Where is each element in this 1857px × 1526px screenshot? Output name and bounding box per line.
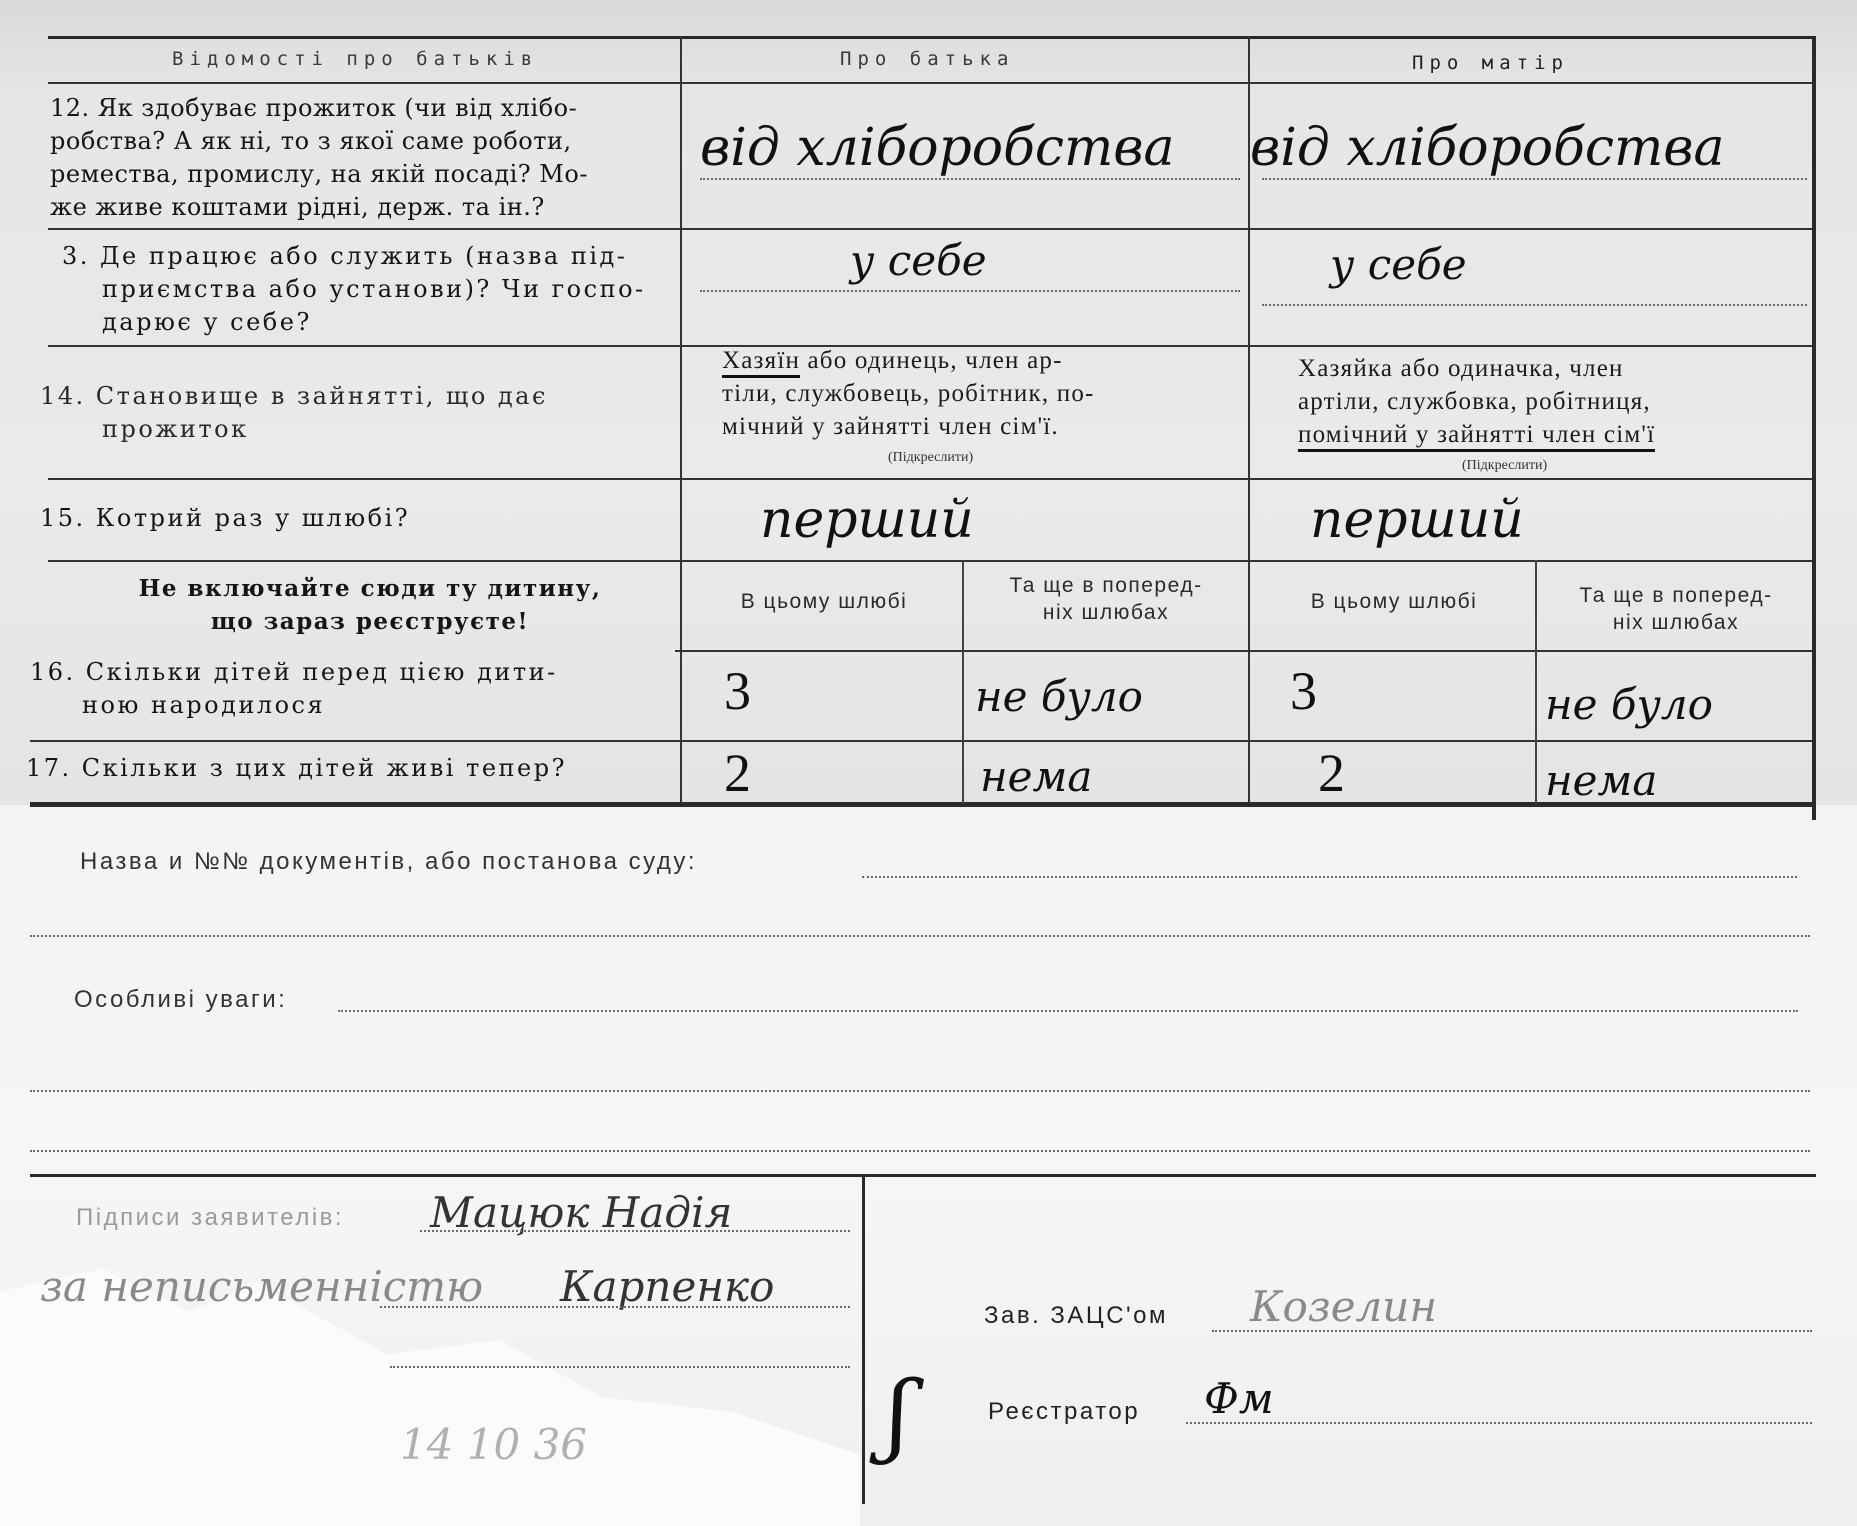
applicant-3-signature-line[interactable] — [390, 1366, 850, 1368]
mother-children-this-marriage[interactable]: 3 — [1290, 660, 1317, 722]
instruction-line-2: що зараз реєструєте! — [80, 605, 660, 638]
father-answer-13[interactable]: у себе — [850, 236, 987, 285]
question-16-line-2: ною народилося — [30, 689, 670, 722]
question-12: 12. Як здобуває прожиток (чи від хлібо- … — [50, 92, 675, 224]
mother-options-line-2: артіли, службовка, робітниця, — [1298, 385, 1778, 418]
father-living-children-previous[interactable]: нема — [980, 752, 1092, 801]
documents-input-line[interactable] — [862, 876, 1797, 878]
question-12-line-4: же живе коштами рідні, держ. та ін.? — [50, 191, 675, 224]
registrar-flourish: ʃ — [886, 1362, 910, 1467]
father-children-previous-marriages[interactable]: не було — [975, 672, 1143, 721]
header-bottom-border — [48, 82, 1816, 84]
father-subheader-previous-marriages: Та ще в поперед- ніх шлюбах — [966, 572, 1246, 626]
father-answer-12-line — [700, 178, 1240, 180]
header-about-father: Про батька — [840, 48, 1014, 70]
faint-date: 14 10 36 — [400, 1420, 587, 1469]
registrar-signature-line[interactable] — [1186, 1422, 1812, 1424]
row-12-bottom-border — [48, 228, 1816, 230]
header-about-mother: Про матір — [1412, 52, 1569, 74]
head-zags-signature-line[interactable] — [1212, 1330, 1812, 1332]
mother-prev-line-2: ніх шлюбах — [1540, 609, 1812, 636]
question-14-line-1: 14. Становище в зайнятті, що дає — [40, 380, 660, 413]
mother-answer-12[interactable]: від хліборобства — [1250, 118, 1725, 178]
father-employment-options[interactable]: Хазяїн або одинець, член ар- тіли, служб… — [722, 344, 1222, 443]
question-15: 15. Котрий раз у шлюбі? — [40, 502, 410, 535]
table-right-border — [1812, 36, 1816, 820]
question-14-line-2: прожиток — [40, 413, 660, 446]
father-options-line-1: або одинець, член ар- — [800, 347, 1063, 374]
father-options-line-3: мічний у зайнятті член сім'ї. — [722, 410, 1222, 443]
mother-answer-13-line — [1262, 304, 1807, 306]
question-13: 3. Де працює або служить (назва під- при… — [62, 240, 677, 339]
table-top-border — [48, 36, 1816, 39]
applicant-2-prefix: за неписьменністю — [40, 1262, 483, 1311]
mother-employment-options[interactable]: Хазяйка або одиначка, член артіли, служб… — [1298, 352, 1778, 451]
remarks-input-line-2[interactable] — [30, 1090, 1810, 1092]
question-14: 14. Становище в зайнятті, що дає прожито… — [40, 380, 660, 446]
instruction-note: Не включайте сюди ту дитину, що зараз ре… — [80, 572, 660, 638]
documents-label: Назва и №№ документів, або постанова суд… — [80, 848, 697, 876]
registrar-signature: Фм — [1204, 1374, 1274, 1423]
question-13-line-3: дарює у себе? — [62, 306, 677, 339]
mother-children-previous-marriages[interactable]: не було — [1545, 680, 1713, 729]
question-17: 17. Скільки з цих дітей живі тепер? — [26, 752, 567, 785]
subheader-bottom-border — [675, 650, 1816, 652]
applicant-1-signature-line[interactable] — [420, 1230, 850, 1232]
father-answer-13-line — [700, 290, 1240, 292]
father-answer-12[interactable]: від хліборобства — [700, 118, 1175, 178]
mother-answer-12-line — [1262, 178, 1807, 180]
registrar-label: Реєстратор — [988, 1398, 1140, 1426]
remarks-label: Особливі уваги: — [74, 986, 287, 1014]
signature-divider — [862, 1174, 865, 1504]
father-prev-line-1: Та ще в поперед- — [966, 572, 1246, 599]
row-16-bottom-border — [30, 740, 1816, 742]
father-living-children-this-marriage[interactable]: 2 — [724, 742, 751, 804]
mother-answer-15[interactable]: перший — [1310, 490, 1524, 550]
row-15-bottom-border — [48, 560, 1816, 562]
mother-answer-13[interactable]: у себе — [1330, 240, 1467, 289]
applicants-signature-label: Підписи заявителів: — [76, 1204, 344, 1232]
father-subheader-this-marriage: В цьому шлюбі — [690, 588, 958, 615]
mother-prev-line-1: Та ще в поперед- — [1540, 582, 1812, 609]
father-option-underlined[interactable]: Хазяїн — [722, 347, 800, 378]
question-12-line-3: ремества, промислу, на якій посаді? Мо- — [50, 158, 675, 191]
remarks-input-line[interactable] — [338, 1010, 1798, 1012]
signature-section-top-border — [30, 1174, 1816, 1177]
head-zags-signature: Козелин — [1250, 1282, 1437, 1331]
instruction-line-1: Не включайте сюди ту дитину, — [80, 572, 660, 605]
mother-subcol-divider — [1535, 560, 1537, 804]
mother-options-line-1: Хазяйка або одиначка, член — [1298, 352, 1778, 385]
question-12-line-2: робства? А як ні, то з якої саме роботи, — [50, 125, 675, 158]
father-options-line-2: тіли, службовець, робітник, по- — [722, 377, 1222, 410]
row-14-bottom-border — [48, 478, 1816, 480]
documents-input-line-2[interactable] — [30, 935, 1810, 937]
applicant-2-signature: Карпенко — [560, 1262, 774, 1311]
applicant-2-signature-line[interactable] — [380, 1306, 850, 1308]
mother-subheader-previous-marriages: Та ще в поперед- ніх шлюбах — [1540, 582, 1812, 636]
remarks-input-line-3[interactable] — [30, 1150, 1810, 1152]
father-answer-15[interactable]: перший — [760, 490, 974, 550]
question-13-line-1: 3. Де працює або служить (назва під- — [62, 240, 677, 273]
col-divider-question — [680, 36, 682, 804]
mother-living-children-this-marriage[interactable]: 2 — [1318, 742, 1345, 804]
head-zags-label: Зав. ЗАЦС'ом — [984, 1302, 1168, 1330]
mother-option-underlined[interactable]: помічний у зайнятті член сім'ї — [1298, 421, 1655, 452]
father-prev-line-2: ніх шлюбах — [966, 599, 1246, 626]
mother-living-children-previous[interactable]: нема — [1545, 756, 1657, 805]
question-16: 16. Скільки дітей перед цією дити- ною н… — [30, 656, 670, 722]
father-underline-note: (Підкреслити) — [888, 450, 973, 466]
mother-subheader-this-marriage: В цьому шлюбі — [1256, 588, 1532, 615]
question-13-line-2: приємства або установи)? Чи госпо- — [62, 273, 677, 306]
father-children-this-marriage[interactable]: 3 — [724, 660, 751, 722]
father-subcol-divider — [962, 560, 964, 804]
header-parents-info: Відомості про батьків — [172, 48, 538, 70]
question-12-line-1: 12. Як здобуває прожиток (чи від хлібо- — [50, 92, 675, 125]
question-16-line-1: 16. Скільки дітей перед цією дити- — [30, 656, 670, 689]
mother-underline-note: (Підкреслити) — [1462, 458, 1547, 474]
